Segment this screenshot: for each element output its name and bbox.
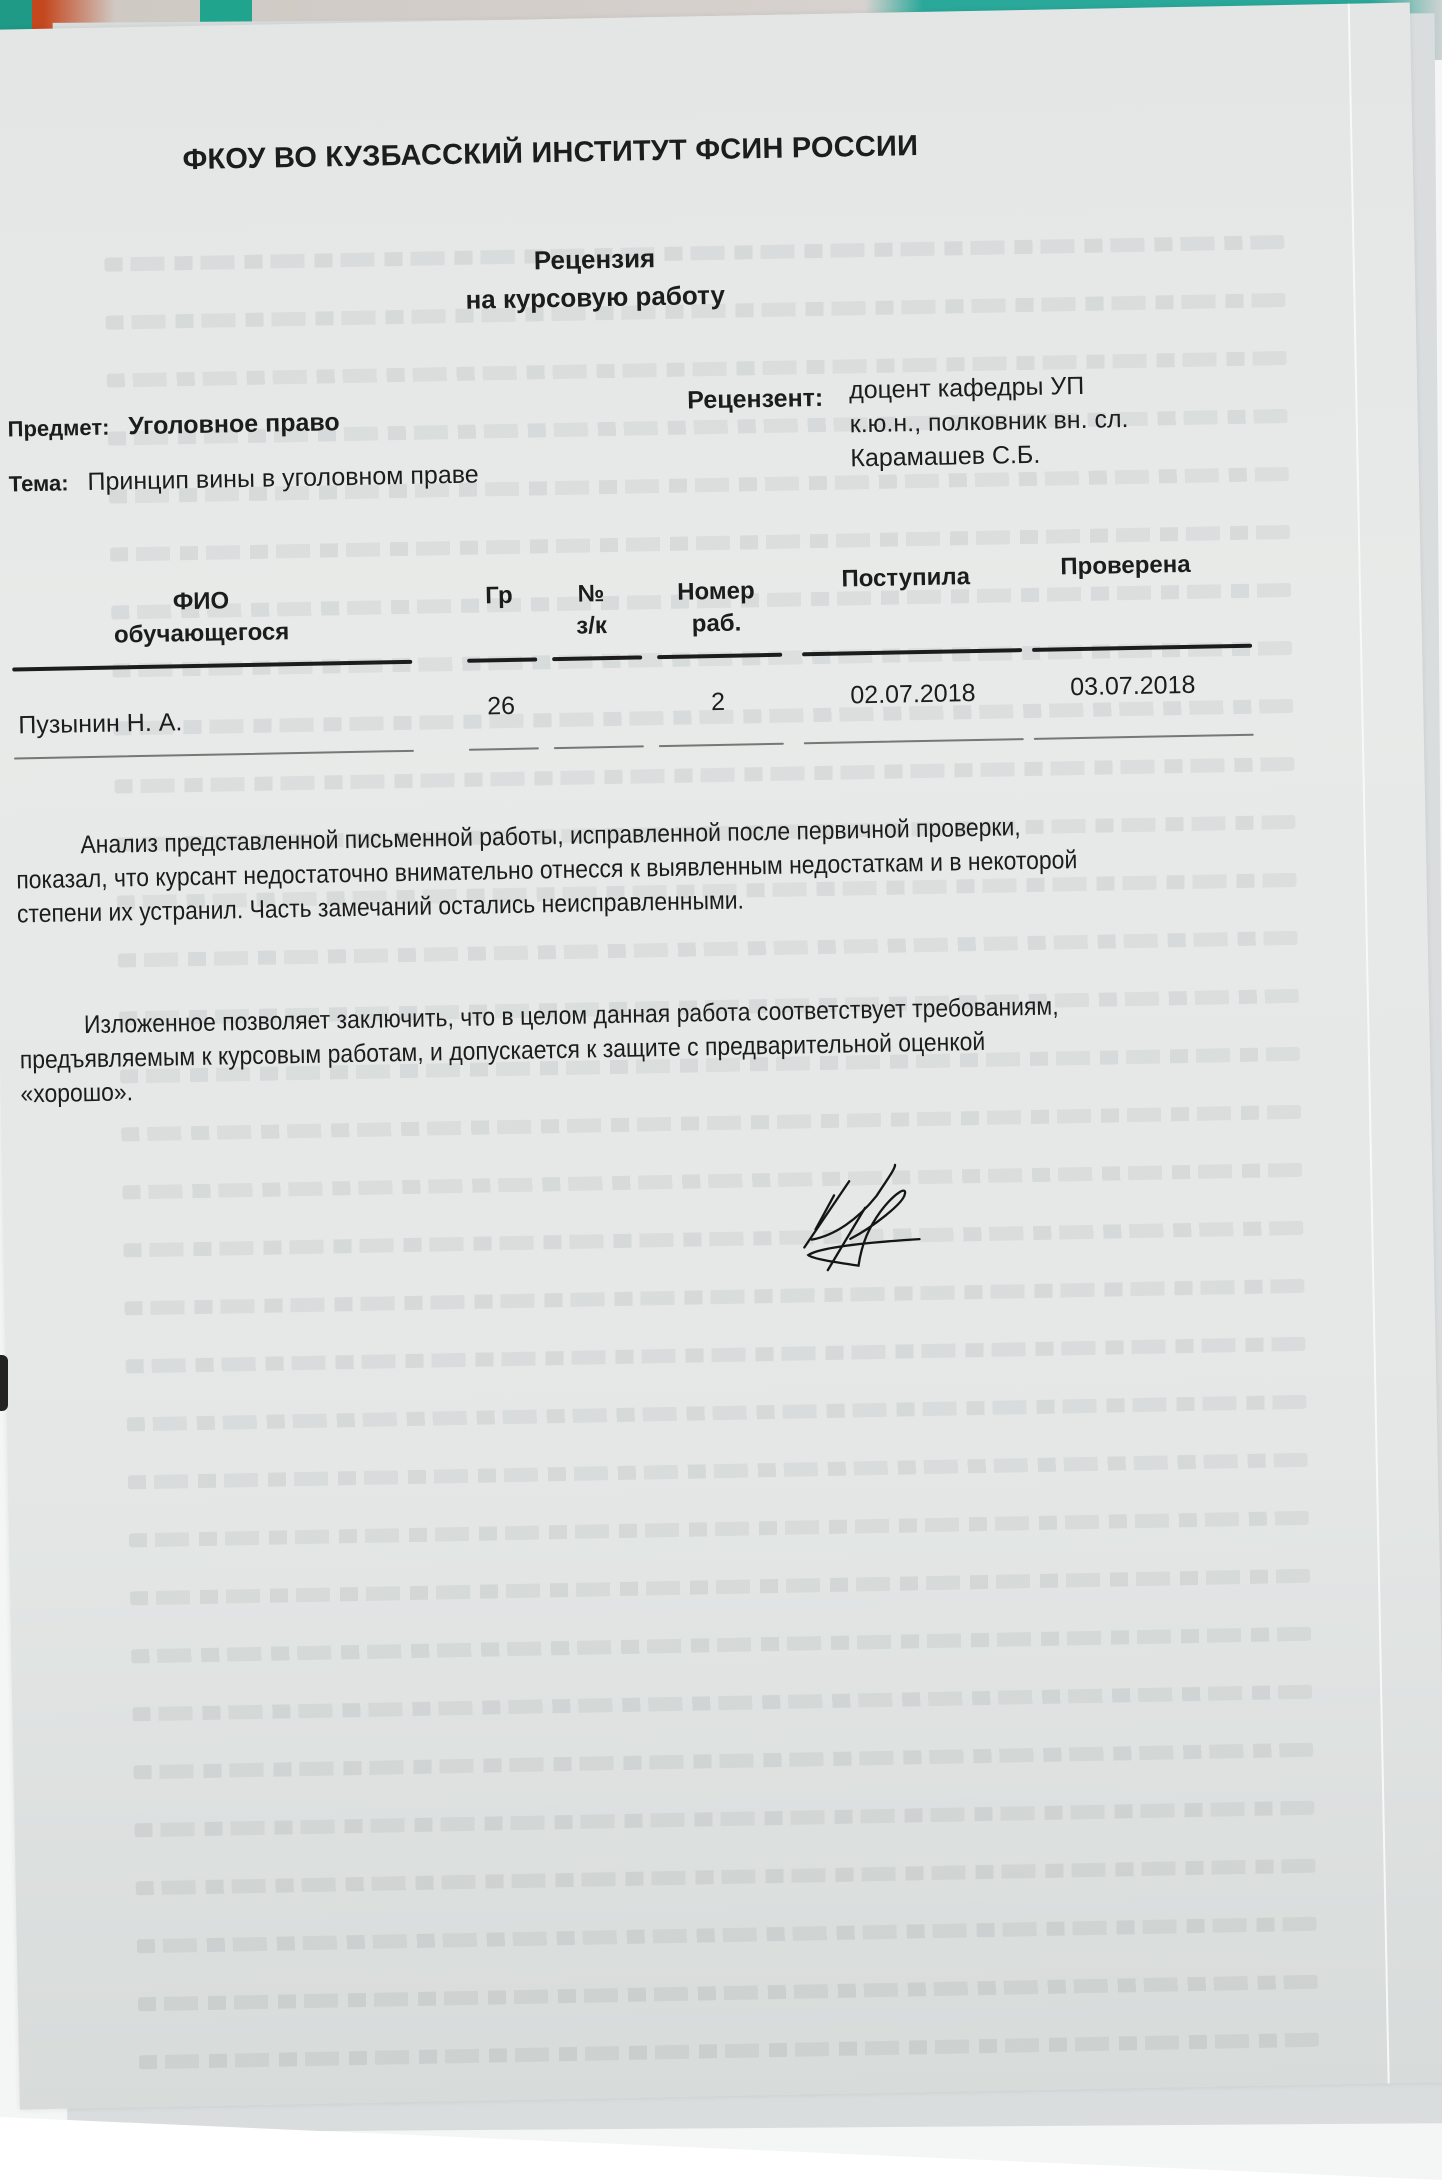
document-content: ФКОУ ВО КУЗБАССКИЙ ИНСТИТУТ ФСИН РОССИИ … — [0, 3, 1442, 2110]
header-rule — [657, 653, 782, 659]
cell-fio: Пузынин Н. А. — [18, 708, 219, 741]
row-rule — [14, 750, 414, 760]
cell-group: 26 — [471, 692, 532, 722]
institute-name: ФКОУ ВО КУЗБАССКИЙ ИНСТИТУТ ФСИН РОССИИ — [182, 130, 918, 177]
header-fio: ФИО обучающегося — [81, 584, 322, 653]
header-group: Гр — [469, 580, 530, 613]
header-rule — [802, 648, 1022, 656]
reviewer-position: доцент кафедры УП — [849, 368, 1128, 407]
header-rule — [1032, 644, 1252, 652]
background-teal-block — [200, 0, 252, 24]
document-title: Рецензия на курсовую работу — [424, 237, 765, 320]
reviewer-block: Рецензент: доцент кафедры УП к.ю.н., пол… — [687, 368, 1130, 478]
title-line-1: Рецензия — [424, 237, 765, 282]
topic-field: Тема: Принцип вины в уголовном праве — [8, 461, 478, 499]
header-rule — [12, 660, 412, 672]
row-rule — [554, 745, 644, 749]
header-rule — [552, 655, 642, 661]
title-line-2: на курсовую работу — [425, 275, 766, 320]
header-rule — [467, 657, 537, 662]
cell-checked-date: 03.07.2018 — [1033, 670, 1234, 703]
header-checked: Проверена — [1030, 548, 1221, 584]
topic-label: Тема: — [8, 470, 68, 496]
review-paragraph-1: Анализ представленной письменной работы,… — [15, 809, 1079, 931]
row-rule — [469, 747, 539, 750]
row-rule — [1034, 734, 1254, 740]
subject-label: Предмет: — [7, 415, 109, 442]
binder-clip — [0, 1355, 8, 1411]
reviewer-name: Карамашев С.Б. — [850, 436, 1129, 475]
cell-received-date: 02.07.2018 — [813, 678, 1014, 711]
student-table: ФИО обучающегося Гр № з/к Номер раб. Пос… — [0, 566, 1251, 590]
row-rule — [804, 738, 1024, 744]
review-paragraph-2: Изложенное позволяет заключить, что в це… — [19, 989, 1083, 1111]
cell-record-number — [553, 690, 633, 692]
reviewer-label: Рецензент: — [687, 384, 825, 479]
document-page: ФКОУ ВО КУЗБАССКИЙ ИНСТИТУТ ФСИН РОССИИ … — [0, 3, 1442, 2110]
header-received: Поступила — [810, 561, 1001, 597]
subject-value: Уголовное право — [128, 408, 340, 440]
header-work-number: Номер раб. — [656, 575, 777, 641]
row-rule — [659, 743, 784, 747]
subject-field: Предмет: Уголовное право — [7, 408, 340, 443]
signature-icon — [772, 1151, 975, 1295]
cell-work-number: 2 — [658, 687, 779, 718]
reviewer-degree: к.ю.н., полковник вн. сл. — [849, 402, 1128, 441]
topic-value: Принцип вины в уголовном праве — [87, 461, 479, 497]
header-record-number: № з/к — [551, 578, 632, 644]
